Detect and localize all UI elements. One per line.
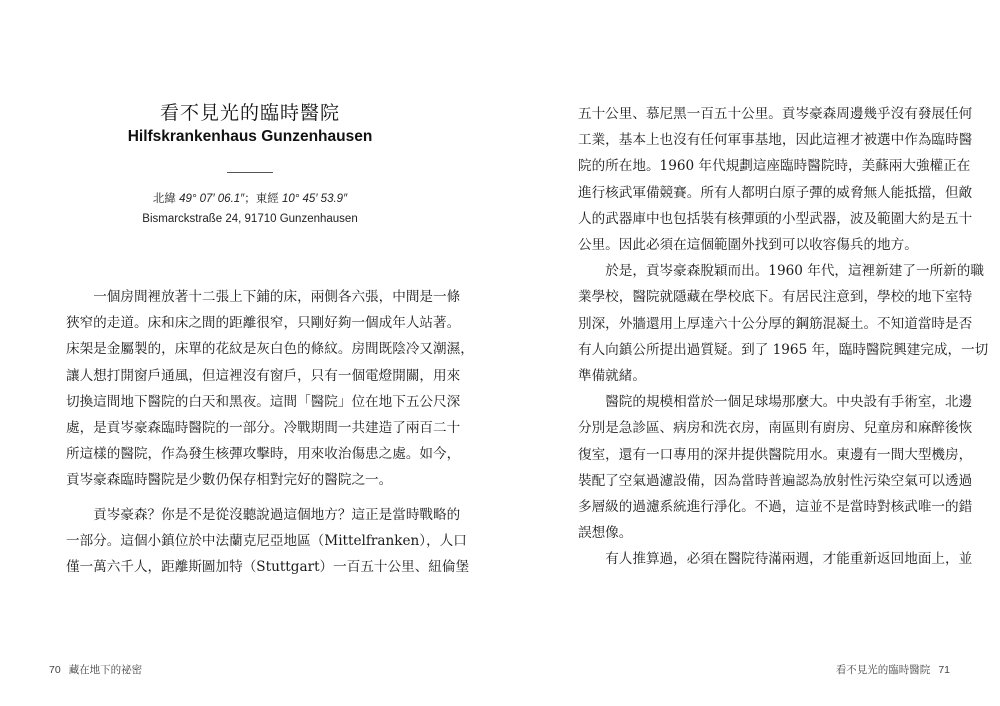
text-line: 貢岑豪森？你是不是從沒聽說過這個地方？這正是當時戰略的 bbox=[66, 502, 434, 528]
paragraph: 於是，貢岑豪森脫穎而出。1960 年代，這裡新建了一所新的職 業學校，醫院就隱藏… bbox=[578, 258, 936, 389]
left-body-text: 一個房間裡放著十二張上下鋪的床，兩側各六張，中間是一條 狹窄的走道。床和床之間的… bbox=[66, 284, 434, 580]
text-line: 有人推算過，必須在醫院待滿兩週，才能重新返回地面上，並 bbox=[578, 546, 936, 572]
text-line: 所這樣的醫院，作為發生核彈攻擊時，用來收治傷患之處。如今， bbox=[39, 441, 434, 467]
text-line: 進行核武軍備競賽。所有人都明白原子彈的威脅無人能抵擋，但敵 bbox=[578, 180, 936, 206]
text-line: 一個房間裡放著十二張上下鋪的床，兩側各六張，中間是一條 bbox=[66, 284, 434, 310]
text-line: 讓人想打開窗戶通風，但這裡沒有窗戶，只有一個電燈開關，用來 bbox=[39, 363, 434, 389]
page-number: 71 bbox=[938, 664, 950, 676]
paragraph: 一個房間裡放著十二張上下鋪的床，兩側各六張，中間是一條 狹窄的走道。床和床之間的… bbox=[66, 284, 434, 494]
text-line: 工業，基本上也沒有任何軍事基地，因此這裡才被選中作為臨時醫 bbox=[578, 127, 936, 153]
text-line: 分別是急診區、病房和洗衣房，南區則有廚房、兒童房和麻醉後恢 bbox=[551, 415, 936, 441]
text-line: 狹窄的走道。床和床之間的距離很窄，只剛好夠一個成年人站著。 bbox=[39, 310, 434, 336]
text-line: 準備就緒。 bbox=[551, 363, 936, 389]
right-page: 五十公里、慕尼黑一百五十公里。貢岑豪森周邊幾乎沒有發展任何 工業，基本上也沒有任… bbox=[500, 0, 1000, 706]
text-line: 於是，貢岑豪森脫穎而出。1960 年代，這裡新建了一所新的職 bbox=[578, 258, 936, 284]
paragraph-continued: 五十公里、慕尼黑一百五十公里。貢岑豪森周邊幾乎沒有發展任何 工業，基本上也沒有任… bbox=[578, 101, 936, 258]
latitude-label: 北緯 bbox=[153, 193, 176, 205]
address: Bismarckstraße 24, 91710 Gunzenhausen bbox=[95, 209, 405, 229]
text-line: 公里。因此必須在這個範圍外找到可以收容傷兵的地方。 bbox=[578, 232, 936, 258]
text-line: 復室，還有一口專用的深井提供醫院用水。東邊有一間大型機房， bbox=[551, 442, 936, 468]
coordinates: 北緯 49° 07′ 06.1″；東經 10° 45′ 53.9″ bbox=[95, 189, 405, 209]
longitude-value: 10° 45′ 53.9″ bbox=[282, 193, 347, 205]
text-line: 床架是金屬製的，床單的花紋是灰白色的條紋。房間既陰冷又潮濕， bbox=[39, 336, 434, 362]
text-line: 切換這間地下醫院的白天和黑夜。這間「醫院」位在地下五公尺深 bbox=[39, 389, 434, 415]
right-footer: 看不見光的臨時醫院71 bbox=[836, 662, 950, 677]
text-line: 裝配了空氣過濾設備，因為當時普遍認為放射性污染空氣可以透過 bbox=[551, 468, 936, 494]
chapter-title: 看不見光的臨時醫院 bbox=[95, 100, 405, 126]
text-line: 五十公里、慕尼黑一百五十公里。貢岑豪森周邊幾乎沒有發展任何 bbox=[578, 101, 936, 127]
coordinates-separator: ； bbox=[244, 193, 256, 205]
right-body-text: 五十公里、慕尼黑一百五十公里。貢岑豪森周邊幾乎沒有發展任何 工業，基本上也沒有任… bbox=[578, 101, 936, 573]
longitude-label: 東經 bbox=[256, 193, 279, 205]
text-line: 業學校，醫院就隱藏在學校底下。有居民注意到，學校的地下室特 bbox=[551, 284, 936, 310]
chapter-subtitle: Hilfskrankenhaus Gunzenhausen bbox=[95, 126, 405, 148]
paragraph: 貢岑豪森？你是不是從沒聽說過這個地方？這正是當時戰略的 一部分。這個小鎮位於中法… bbox=[66, 502, 434, 581]
text-line: 多層級的過濾系統進行淨化。不過，這並不是當時對核武唯一的錯 bbox=[551, 494, 936, 520]
latitude-value: 49° 07′ 06.1″ bbox=[179, 193, 244, 205]
running-title: 藏在地下的祕密 bbox=[69, 664, 143, 676]
title-divider bbox=[227, 172, 273, 173]
text-line: 別深，外牆還用上厚達六十公分厚的鋼筋混凝土。不知道當時是否 bbox=[551, 311, 936, 337]
paragraph: 有人推算過，必須在醫院待滿兩週，才能重新返回地面上，並 bbox=[578, 546, 936, 572]
chapter-header: 看不見光的臨時醫院 Hilfskrankenhaus Gunzenhausen … bbox=[95, 100, 405, 229]
text-line: 人的武器庫中也包括裝有核彈頭的小型武器，波及範圍大約是五十 bbox=[578, 206, 936, 232]
text-line: 有人向鎮公所提出過質疑。到了 1965 年，臨時醫院興建完成，一切 bbox=[551, 337, 936, 363]
page-number: 70 bbox=[49, 664, 61, 676]
text-line: 處，是貢岑豪森臨時醫院的一部分。冷戰期間一共建造了兩百二十 bbox=[39, 415, 434, 441]
text-line: 院的所在地。1960 年代規劃這座臨時醫院時，美蘇兩大強權正在 bbox=[578, 153, 936, 179]
text-line: 僅一萬六千人，距離斯圖加特（Stuttgart）一百五十公里、紐倫堡 bbox=[39, 554, 434, 580]
left-footer: 70藏在地下的祕密 bbox=[49, 662, 142, 677]
text-line: 一部分。這個小鎮位於中法蘭克尼亞地區（Mittelfranken），人口 bbox=[39, 528, 434, 554]
text-line: 貢岑豪森臨時醫院是少數仍保存相對完好的醫院之一。 bbox=[39, 467, 434, 493]
paragraph: 醫院的規模相當於一個足球場那麼大。中央設有手術室，北邊 分別是急診區、病房和洗衣… bbox=[578, 389, 936, 546]
left-page: 看不見光的臨時醫院 Hilfskrankenhaus Gunzenhausen … bbox=[0, 0, 500, 706]
text-line: 誤想像。 bbox=[551, 520, 936, 546]
text-line: 醫院的規模相當於一個足球場那麼大。中央設有手術室，北邊 bbox=[578, 389, 936, 415]
running-title: 看不見光的臨時醫院 bbox=[836, 664, 931, 676]
